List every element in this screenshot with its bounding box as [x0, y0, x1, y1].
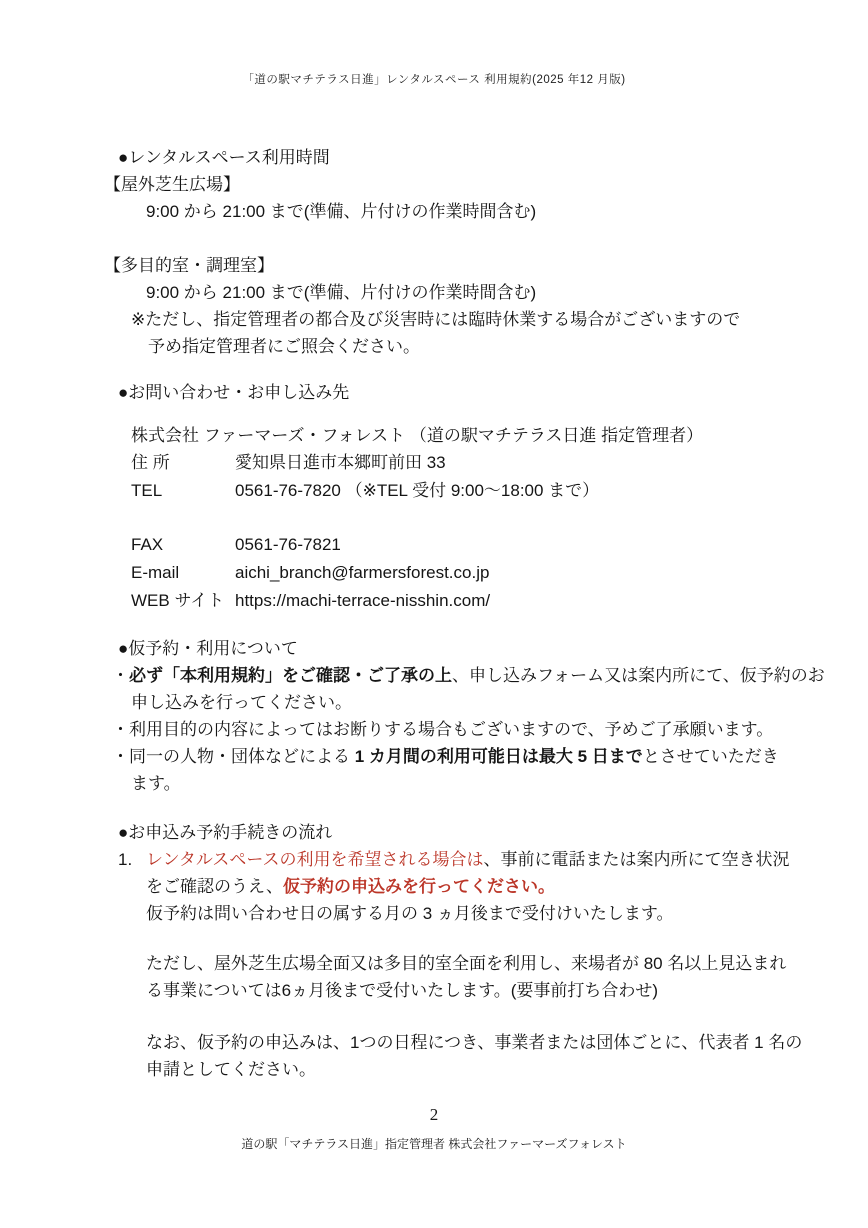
step1-redbold-text: 仮予約の申込みを行ってください。	[283, 877, 555, 896]
contact-row-address: 住 所愛知県日進市本郷町前田 33	[104, 449, 828, 477]
tel-label: TEL	[131, 477, 235, 505]
temporary-closure-note-line2: 予め指定管理者にご照会ください。	[104, 333, 828, 360]
website-label: WEB サイト	[131, 587, 235, 615]
step1-line2: をご確認のうえ、仮予約の申込みを行ってください。	[104, 873, 828, 900]
step1-para2-line1: ただし、屋外芝生広場全面又は多目的室全面を利用し、来場者が 80 名以上見込まれ	[104, 950, 828, 977]
document-header: 「道の駅マチテラス日進」レンタルスペース 利用規約(2025 年12 月版)	[0, 0, 868, 88]
step1-number: 1.	[104, 846, 146, 873]
terms-confirm-bold: 必ず「本利用規約」をご確認・ご了承の上	[129, 666, 452, 685]
fax-value: 0561-76-7821	[235, 535, 341, 554]
section-rental-hours: ●レンタルスペース利用時間 【屋外芝生広場】 9:00 から 21:00 まで(…	[104, 144, 828, 360]
step1-para3-line2: 申請としてください。	[104, 1056, 828, 1083]
document-body: ●レンタルスペース利用時間 【屋外芝生広場】 9:00 から 21:00 まで(…	[0, 144, 868, 1083]
provisional-bullet3-line1: ・同一の人物・団体などによる 1 カ月間の利用可能日は最大 5 日までとさせてい…	[104, 743, 828, 770]
address-label: 住 所	[131, 449, 235, 477]
website-value: https://machi-terrace-nisshin.com/	[235, 591, 490, 610]
step1-line1: 1.レンタルスペースの利用を希望される場合は、事前に電話または案内所にて空き状況	[104, 846, 828, 873]
tel-value: 0561-76-7820 （※TEL 受付 9:00～18:00 まで）	[235, 481, 599, 500]
outdoor-lawn-hours: 9:00 から 21:00 まで(準備、片付けの作業時間含む)	[104, 198, 828, 225]
section-contact: ●お問い合わせ・お申し込み先 株式会社 ファーマーズ・フォレスト （道の駅マチテ…	[104, 379, 828, 615]
contact-row-email: E-mailaichi_branch@farmersforest.co.jp	[104, 559, 828, 587]
provisional-bullet3-line2: ます。	[104, 770, 828, 797]
monthly-limit-bold: 1 カ月間の利用可能日は最大 5 日まで	[355, 747, 643, 766]
section-provisional-reservation: ●仮予約・利用について ・必ず「本利用規約」をご確認・ご了承の上、申し込みフォー…	[104, 635, 828, 797]
email-label: E-mail	[131, 559, 235, 587]
email-value: aichi_branch@farmersforest.co.jp	[235, 563, 489, 582]
multipurpose-room-heading: 【多目的室・調理室】	[104, 252, 828, 279]
provisional-title: ●仮予約・利用について	[104, 635, 828, 662]
address-value: 愛知県日進市本郷町前田 33	[235, 453, 446, 472]
document-footer: 道の駅「マチテラス日進」指定管理者 株式会社ファーマーズフォレスト	[0, 1136, 868, 1152]
step1-para3-line1: なお、仮予約の申込みは、1つの日程につき、事業者または団体ごとに、代表者 1 名…	[104, 1029, 828, 1056]
rental-hours-title: ●レンタルスペース利用時間	[104, 144, 828, 171]
company-name: 株式会社 ファーマーズ・フォレスト （道の駅マチテラス日進 指定管理者）	[104, 422, 828, 449]
contact-row-website: WEB サイトhttps://machi-terrace-nisshin.com…	[104, 587, 828, 615]
contact-row-tel: TEL0561-76-7820 （※TEL 受付 9:00～18:00 まで）	[104, 477, 828, 505]
step1-para2-line2: る事業については6ヵ月後まで受付いたします。(要事前打ち合わせ)	[104, 977, 828, 1004]
provisional-bullet1-line1: ・必ず「本利用規約」をご確認・ご了承の上、申し込みフォーム又は案内所にて、仮予約…	[104, 662, 828, 689]
application-flow-title: ●お申込み予約手続きの流れ	[104, 819, 828, 846]
temporary-closure-note-line1: ※ただし、指定管理者の都合及び災害時には臨時休業する場合がございますので	[104, 306, 828, 333]
page-number: 2	[0, 1103, 868, 1127]
step1-line3: 仮予約は問い合わせ日の属する月の 3 ヵ月後まで受付けいたします。	[104, 900, 828, 927]
multipurpose-room-hours: 9:00 から 21:00 まで(準備、片付けの作業時間含む)	[104, 279, 828, 306]
outdoor-lawn-heading: 【屋外芝生広場】	[104, 171, 828, 198]
provisional-bullet2: ・利用目的の内容によってはお断りする場合もございますので、予めご了承願います。	[104, 716, 828, 743]
contact-title: ●お問い合わせ・お申し込み先	[104, 379, 828, 406]
contact-row-fax: FAX0561-76-7821	[104, 531, 828, 559]
step1-red-text: レンタルスペースの利用を希望される場合は	[146, 846, 484, 873]
provisional-bullet1-line2: 申し込みを行ってください。	[104, 689, 828, 716]
section-application-flow: ●お申込み予約手続きの流れ 1.レンタルスペースの利用を希望される場合は、事前に…	[104, 819, 828, 1083]
fax-label: FAX	[131, 531, 235, 559]
